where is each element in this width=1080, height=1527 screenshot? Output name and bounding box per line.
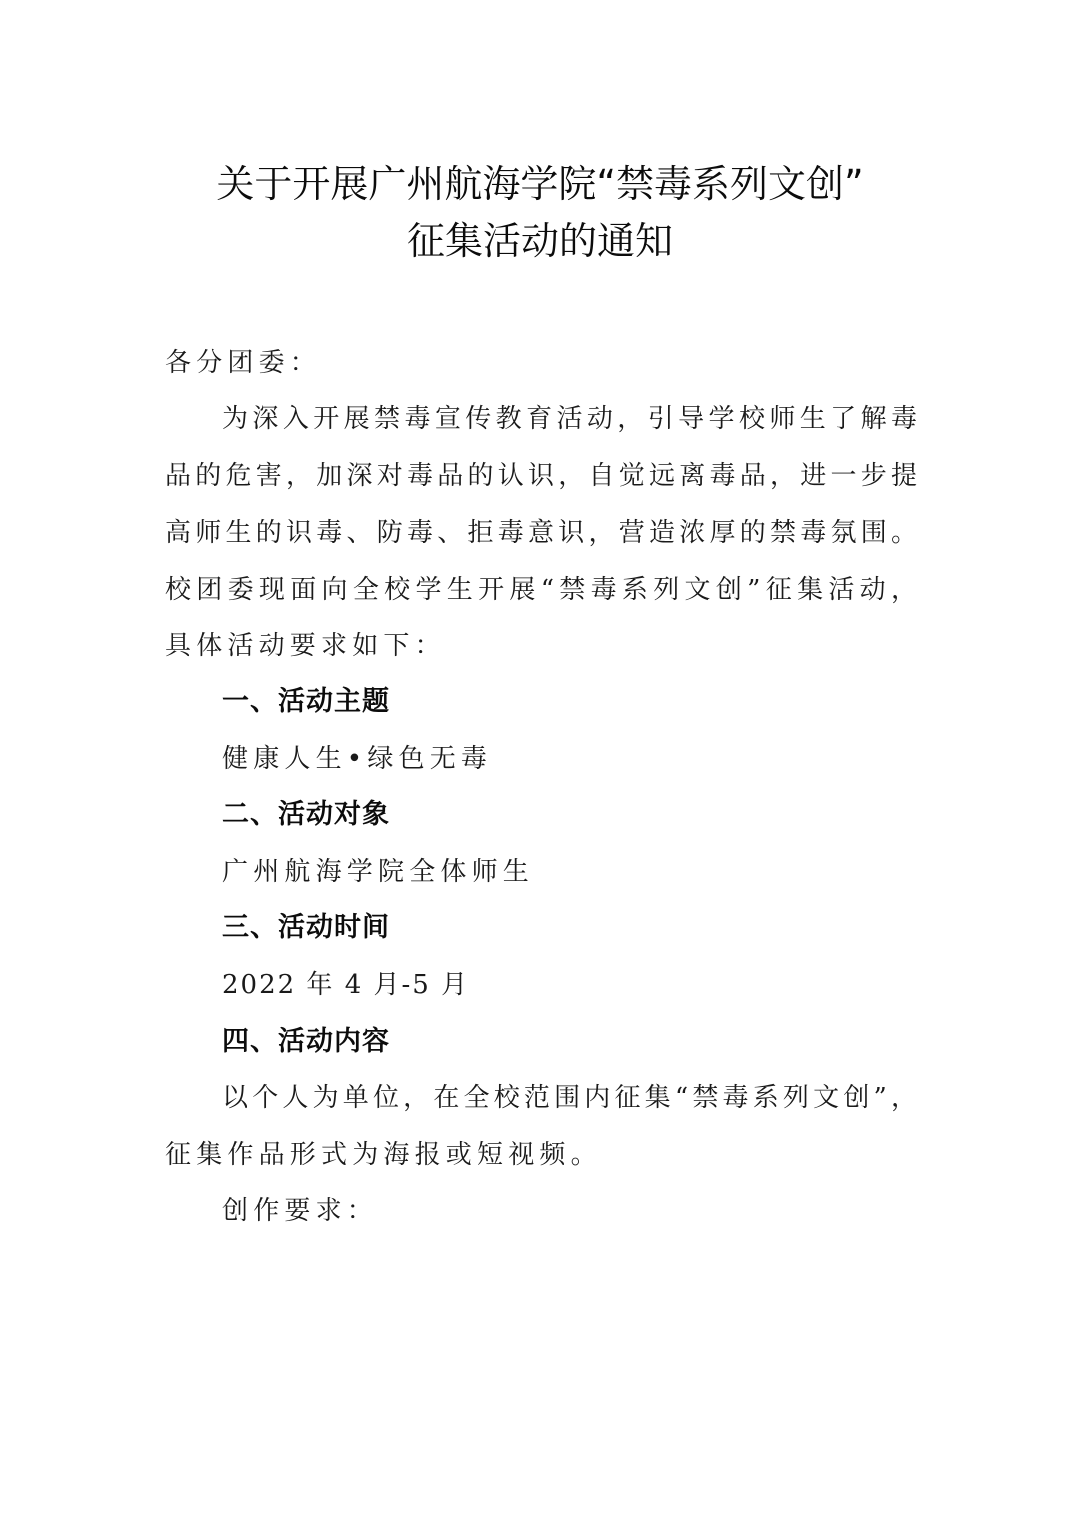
intro-paragraph-line-5: 具体活动要求如下：	[165, 633, 446, 659]
intro-paragraph-line-2: 品的危害，加深对毒品的认识，自觉远离毒品，进一步提	[165, 463, 917, 489]
section-content-audience: 广州航海学院全体师生	[222, 859, 534, 885]
document-title-line-2: 征集活动的通知	[0, 222, 1080, 260]
intro-paragraph-line-1: 为深入开展禁毒宣传教育活动，引导学校师生了解毒	[222, 406, 917, 432]
section-heading-theme: 一、活动主题	[222, 688, 390, 715]
intro-paragraph-line-4: 校团委现面向全校学生开展“禁毒系列文创”征集活动，	[165, 577, 917, 603]
document-page: 关于开展广州航海学院“禁毒系列文创” 征集活动的通知 各分团委： 为深入开展禁毒…	[0, 0, 1080, 1527]
section-content-line-1: 以个人为单位，在全校范围内征集“禁毒系列文创”，	[222, 1085, 917, 1111]
section-content-time: 2022 年 4 月-5 月	[222, 972, 469, 998]
intro-paragraph-line-3: 高师生的识毒、防毒、拒毒意识，营造浓厚的禁毒氛围。	[165, 520, 917, 546]
section-content-theme: 健康人生•绿色无毒	[222, 746, 492, 772]
section-heading-time: 三、活动时间	[222, 914, 390, 941]
document-title-line-1: 关于开展广州航海学院“禁毒系列文创”	[0, 165, 1080, 203]
section-heading-audience: 二、活动对象	[222, 801, 390, 828]
section-content-line-2: 征集作品形式为海报或短视频。	[165, 1142, 602, 1168]
requirements-label: 创作要求：	[222, 1198, 378, 1224]
salutation: 各分团委：	[165, 350, 321, 376]
section-heading-content: 四、活动内容	[222, 1028, 390, 1055]
